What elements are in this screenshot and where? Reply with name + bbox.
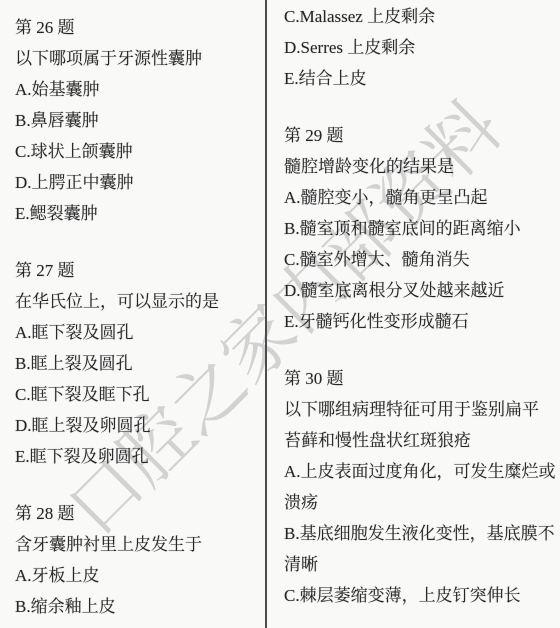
- option-a-continuation: 溃疡: [284, 487, 558, 518]
- option-d: D.上腭正中囊肿: [15, 167, 261, 198]
- option-e: E.结合上皮: [284, 63, 558, 94]
- question-stem: 以下哪项属于牙源性囊肿: [15, 43, 261, 74]
- option-b: B.鼻唇囊肿: [15, 105, 261, 136]
- option-e: E.牙髓钙化性变形成髓石: [284, 306, 558, 337]
- option-d: D.髓室底离根分叉处越来越近: [284, 275, 558, 306]
- option-d: D.Serres 上皮剩余: [284, 32, 558, 63]
- right-column: C.Malassez 上皮剩余 D.Serres 上皮剩余 E.结合上皮 第 2…: [284, 0, 558, 611]
- option-c: C.球状上颌囊肿: [15, 136, 261, 167]
- option-b-continuation: 清晰: [284, 549, 558, 580]
- option-c: C.髓室外增大、髓角消失: [284, 244, 558, 275]
- question-28-continuation-block: C.Malassez 上皮剩余 D.Serres 上皮剩余 E.结合上皮: [284, 1, 558, 94]
- left-column: 第 26 题 以下哪项属于牙源性囊肿 A.始基囊肿 B.鼻唇囊肿 C.球状上颌囊…: [15, 0, 261, 622]
- column-divider-line: [265, 0, 267, 628]
- exam-question-page: 口腔之家内部资料 第 26 题 以下哪项属于牙源性囊肿 A.始基囊肿 B.鼻唇囊…: [0, 0, 560, 628]
- question-stem: 髓腔增龄变化的结果是: [284, 151, 558, 182]
- option-b: B.缩余釉上皮: [15, 591, 261, 622]
- question-number: 第 26 题: [15, 12, 261, 43]
- question-26-block: 第 26 题 以下哪项属于牙源性囊肿 A.始基囊肿 B.鼻唇囊肿 C.球状上颌囊…: [15, 12, 261, 229]
- option-c: C.Malassez 上皮剩余: [284, 1, 558, 32]
- question-number: 第 27 题: [15, 255, 261, 286]
- question-stem: 含牙囊肿衬里上皮发生于: [15, 529, 261, 560]
- question-30-block: 第 30 题 以下哪组病理特征可用于鉴别扁平 苔藓和慢性盘状红斑狼疮 A.上皮表…: [284, 363, 558, 611]
- question-number: 第 30 题: [284, 363, 558, 394]
- option-a: A.眶下裂及圆孔: [15, 317, 261, 348]
- option-a: A.上皮表面过度角化，可发生糜烂或: [284, 456, 558, 487]
- question-stem-continuation: 苔藓和慢性盘状红斑狼疮: [284, 425, 558, 456]
- option-e: E.眶下裂及卵圆孔: [15, 441, 261, 472]
- option-b: B.髓室顶和髓室底间的距离缩小: [284, 213, 558, 244]
- question-29-block: 第 29 题 髓腔增龄变化的结果是 A.髓腔变小，髓角更呈凸起 B.髓室顶和髓室…: [284, 120, 558, 337]
- option-c: C.眶下裂及眶下孔: [15, 379, 261, 410]
- question-stem: 在华氏位上，可以显示的是: [15, 286, 261, 317]
- option-d: D.眶上裂及卵圆孔: [15, 410, 261, 441]
- option-b: B.基底细胞发生液化变性，基底膜不: [284, 518, 558, 549]
- question-number: 第 28 题: [15, 498, 261, 529]
- option-a: A.牙板上皮: [15, 560, 261, 591]
- question-27-block: 第 27 题 在华氏位上，可以显示的是 A.眶下裂及圆孔 B.眶上裂及圆孔 C.…: [15, 255, 261, 472]
- option-c: C.棘层萎缩变薄，上皮钉突伸长: [284, 580, 558, 611]
- option-a: A.髓腔变小，髓角更呈凸起: [284, 182, 558, 213]
- option-e: E.鳃裂囊肿: [15, 198, 261, 229]
- option-a: A.始基囊肿: [15, 74, 261, 105]
- option-b: B.眶上裂及圆孔: [15, 348, 261, 379]
- question-number: 第 29 题: [284, 120, 558, 151]
- question-28-block: 第 28 题 含牙囊肿衬里上皮发生于 A.牙板上皮 B.缩余釉上皮: [15, 498, 261, 622]
- question-stem: 以下哪组病理特征可用于鉴别扁平: [284, 394, 558, 425]
